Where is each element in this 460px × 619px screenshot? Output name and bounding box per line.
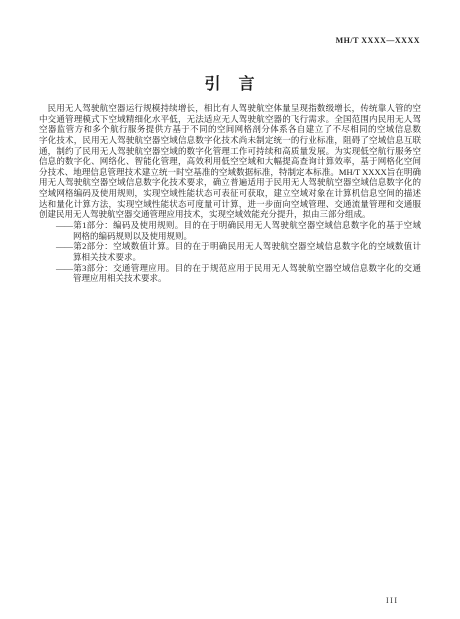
- page-number: III: [386, 596, 399, 605]
- body-line: 民用无人驾驶航空器运行规模持续增长，相比有人驾驶航空体量呈现指数级增长，传统靠人…: [39, 103, 421, 114]
- body-line: 用无人驾驶航空器空域信息数字化技术要求，确立普遍适用于民用无人驾驶航空器空域信息…: [39, 177, 421, 188]
- document-number-header: MH/T XXXX—XXXX: [336, 36, 420, 45]
- body-line: 字化技术，民用无人驾驶航空器空域信息数字化技术尚未制定统一的行业标准，阻碍了空域…: [39, 135, 421, 146]
- body-line-list-item-continuation: 算相关技术要求。: [39, 252, 421, 263]
- body-line-list-item: ——第3部分：交通管理应用。目的在于规范应用于民用无人驾驶航空器空域信息数字化的…: [39, 263, 421, 274]
- introduction-body: 民用无人驾驶航空器运行规模持续增长，相比有人驾驶航空体量呈现指数级增长，传统靠人…: [39, 103, 421, 284]
- body-line: 中交通管理模式下空域精细化水平低，无法适应无人驾驶航空器的飞行需求。全国范围内民…: [39, 114, 421, 125]
- page-title: 引 言: [0, 71, 460, 94]
- body-line: 空器监管方和多个航行服务提供方基于不同的空间网格剖分体系各自建立了不尽相同的空域…: [39, 124, 421, 135]
- body-line: 分技术、地理信息管理技术建立统一时空基准的空域数据标准，特制定本标准。MH/T …: [39, 167, 421, 178]
- body-line: 信息的数字化、网络化、智能化管理，高效利用低空空域和大幅提高查询计算效率，基于网…: [39, 156, 421, 167]
- body-line: 创建民用无人驾驶航空器交通管理应用技术，实现空域效能充分提升，拟由三部分组成。: [39, 209, 421, 220]
- document-page: MH/T XXXX—XXXX 引 言 民用无人驾驶航空器运行规模持续增长，相比有…: [0, 0, 460, 619]
- body-line: 通，制约了民用无人驾驶航空器空域的数字化管理工作可持续和高质量发展。为实现低空航…: [39, 146, 421, 157]
- body-line-list-item: ——第2部分：空域数值计算。目的在于明确民用无人驾驶航空器空域信息数字化的空域数…: [39, 241, 421, 252]
- body-line: 空域网格编码及使用规则，实现空域性能状态可表征可获取，建立空域对象在计算机信息空…: [39, 188, 421, 199]
- body-line-list-item-continuation: 管理应用相关技术要求。: [39, 273, 421, 284]
- body-line-list-item: ——第1部分：编码及使用规则。目的在于明确民用无人驾驶航空器空域信息数字化的基于…: [39, 220, 421, 231]
- body-line: 达和量化计算方法，实现空域性能状态可度量可计算，进一步面向空域管理、交通流量管理…: [39, 199, 421, 210]
- body-line-list-item-continuation: 网格的编码规则以及使用规则。: [39, 231, 421, 242]
